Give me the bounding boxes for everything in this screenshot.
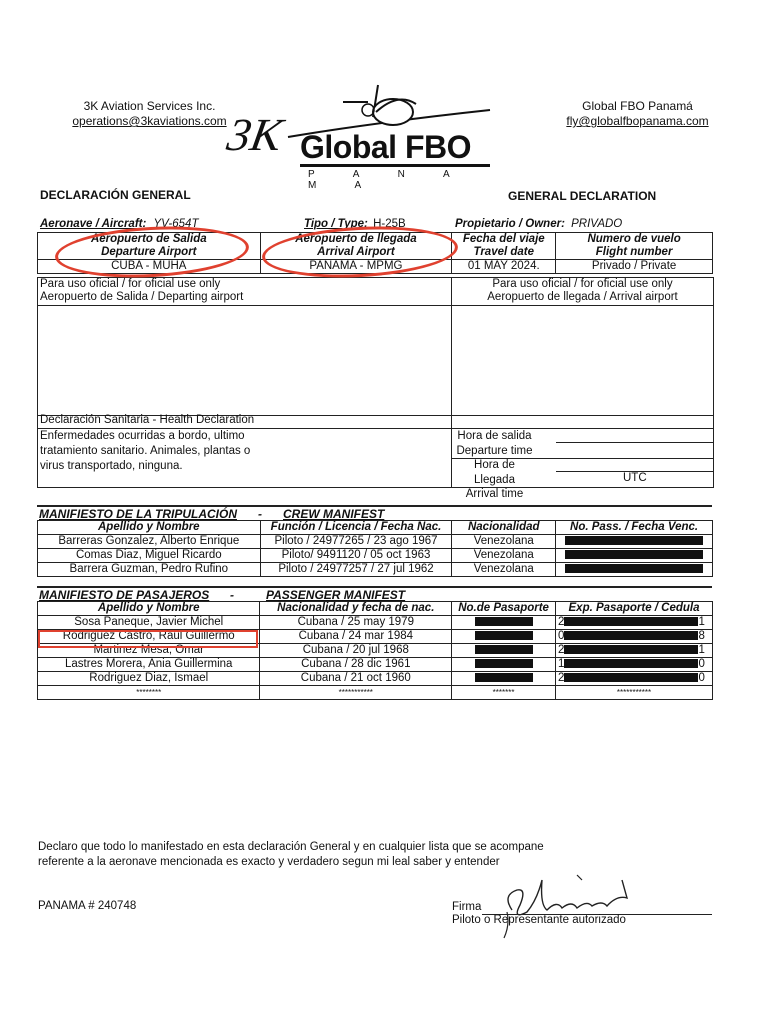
crew-col-passport: No. Pass. / Fecha Venc. [556, 521, 713, 535]
date-label-en: Travel date [452, 246, 556, 260]
passenger-row: Rodriguez Diaz, Ismael Cubana / 21 oct 1… [38, 672, 713, 686]
crew-role: Piloto / 24977265 / 23 ago 1967 [260, 535, 452, 549]
date-value: 01 MAY 2024. [452, 260, 556, 274]
signature-scribble-icon [482, 870, 642, 940]
official-use-left: Para uso oficial / for oficial use only … [40, 278, 243, 304]
crew-nationality: Venezolana [452, 535, 556, 549]
passenger-col-expiry: Exp. Pasaporte / Cedula [556, 602, 713, 616]
flight-label-en: Flight number [556, 246, 713, 260]
declaration-line2: referente a la aeronave mencionada es ex… [38, 855, 544, 870]
filler-stars: *********** [556, 686, 713, 700]
passenger-passport-redacted [452, 672, 556, 686]
left-company-email[interactable]: operations@3kaviations.com [62, 114, 237, 129]
crew-row: Comas Diaz, Miguel Ricardo Piloto/ 94911… [38, 549, 713, 563]
right-company-name: Global FBO Panamá [555, 99, 720, 114]
official-use-right: Para uso oficial / for oficial use only … [452, 278, 713, 304]
departure-time-field[interactable] [556, 442, 713, 443]
passenger-title-sep: - [230, 588, 234, 602]
owner-field: Propietario / Owner: PRIVADO [455, 218, 622, 230]
logo-3k: 3K [224, 112, 286, 158]
crew-nationality: Venezolana [452, 549, 556, 563]
passenger-filler-row: ******** *********** ******* *********** [38, 686, 713, 700]
signature-label: Firma [452, 901, 481, 913]
crew-table: Apellido y Nombre Función / Licencia / F… [37, 520, 713, 577]
arrival-time-label-es: Hora de Llegada [452, 458, 537, 487]
passenger-col-passport: No.de Pasaporte [452, 602, 556, 616]
official-use-left-line2: Aeropuerto de Salida / Departing airport [40, 291, 243, 304]
passenger-name: Sosa Paneque, Javier Michel [38, 616, 260, 630]
health-text-line1: Enfermedades ocurridas a bordo, ultimo [40, 429, 250, 444]
crew-role: Piloto/ 9491120 / 05 oct 1963 [260, 549, 452, 563]
official-use-left-line1: Para uso oficial / for oficial use only [40, 278, 243, 291]
passenger-name: Lastres Morera, Ania Guillermina [38, 658, 260, 672]
flight-label-es: Numero de vuelo [556, 233, 713, 247]
passenger-name: Rodriguez Diaz, Ismael [38, 672, 260, 686]
crew-passport-redacted [556, 535, 713, 549]
crew-col-name: Apellido y Nombre [38, 521, 261, 535]
official-use-right-line1: Para uso oficial / for oficial use only [452, 278, 713, 291]
passenger-expiry: 08 [556, 630, 713, 644]
filler-stars: ******* [452, 686, 556, 700]
departure-time-label-en: Departure time [452, 444, 537, 459]
departure-time-label-es: Hora de salida [452, 429, 537, 444]
crew-header-row: Apellido y Nombre Función / Licencia / F… [38, 521, 713, 535]
left-company-block: 3K Aviation Services Inc. operations@3ka… [62, 99, 237, 129]
passenger-expiry: 21 [556, 644, 713, 658]
crew-title-sep: - [258, 507, 262, 521]
arrival-time-label-en: Arrival time [452, 487, 537, 502]
date-label-es: Fecha del viaje [452, 233, 556, 247]
crew-passport-redacted [556, 563, 713, 577]
health-text: Enfermedades ocurridas a bordo, ultimo t… [40, 429, 250, 474]
official-use-box: Para uso oficial / for oficial use only … [37, 277, 714, 416]
crew-row: Barreras Gonzalez, Alberto Enrique Pilot… [38, 535, 713, 549]
crew-name: Comas Diaz, Miguel Ricardo [38, 549, 261, 563]
passenger-passport-redacted [452, 658, 556, 672]
passenger-title-en: PASSENGER MANIFEST [266, 588, 405, 602]
passenger-row: Lastres Morera, Ania Guillermina Cubana … [38, 658, 713, 672]
highlighted-passenger-annotation [38, 630, 258, 648]
passenger-nat-dob: Cubana / 28 dic 1961 [260, 658, 452, 672]
left-company-name: 3K Aviation Services Inc. [62, 99, 237, 114]
crew-col-role: Función / Licencia / Fecha Nac. [260, 521, 452, 535]
owner-label: Propietario / Owner: [455, 218, 565, 230]
passenger-nat-dob: Cubana / 24 mar 1984 [260, 630, 452, 644]
owner-value: PRIVADO [571, 218, 622, 230]
expiry-last-char: 1 [698, 644, 704, 656]
crew-title-es: MANIFIESTO DE LA TRIPULACIÓN [39, 507, 237, 521]
expiry-last-char: 0 [698, 672, 704, 684]
health-text-line2: tratamiento sanitario. Animales, plantas… [40, 444, 250, 459]
crew-nationality: Venezolana [452, 563, 556, 577]
passenger-title-es: MANIFIESTO DE PASAJEROS [39, 588, 209, 602]
passenger-passport-redacted [452, 616, 556, 630]
passenger-nat-dob: Cubana / 25 may 1979 [260, 616, 452, 630]
official-use-right-line2: Aeropuerto de llegada / Arrival airport [452, 291, 713, 304]
passenger-row: Sosa Paneque, Javier Michel Cubana / 25 … [38, 616, 713, 630]
company-logo: 3K Global FBO P A N A M A [228, 82, 498, 182]
passenger-passport-redacted [452, 644, 556, 658]
health-text-line3: virus transportado, ninguna. [40, 459, 250, 474]
crew-col-nationality: Nacionalidad [452, 521, 556, 535]
title-english: GENERAL DECLARATION [508, 189, 656, 203]
right-company-email[interactable]: fly@globalfbopanama.com [555, 114, 720, 129]
logo-underline [300, 164, 490, 167]
logo-subtitle: P A N A M A [308, 169, 498, 191]
passenger-col-nat-dob: Nacionalidad y fecha de nac. [260, 602, 452, 616]
passenger-nat-dob: Cubana / 20 jul 1968 [260, 644, 452, 658]
time-labels: Hora de salida Departure time Hora de Ll… [452, 429, 537, 502]
passenger-passport-redacted [452, 630, 556, 644]
expiry-last-char: 1 [698, 616, 704, 628]
health-box: Declaración Sanitaria - Health Declarati… [37, 414, 714, 488]
right-company-block: Global FBO Panamá fly@globalfbopanama.co… [555, 99, 720, 129]
expiry-last-char: 0 [698, 658, 704, 670]
flight-value: Privado / Private [556, 260, 713, 274]
crew-passport-redacted [556, 549, 713, 563]
passenger-expiry: 21 [556, 616, 713, 630]
logo-text: Global FBO [300, 130, 471, 164]
reference-number: PANAMA # 240748 [38, 900, 136, 912]
passenger-col-name: Apellido y Nombre [38, 602, 260, 616]
expiry-last-char: 8 [698, 630, 704, 642]
filler-stars: ******** [38, 686, 260, 700]
passenger-expiry: 20 [556, 672, 713, 686]
crew-row: Barrera Guzman, Pedro Rufino Piloto / 24… [38, 563, 713, 577]
passenger-expiry: 10 [556, 658, 713, 672]
declaration-line1: Declaro que todo lo manifestado en esta … [38, 840, 544, 855]
time-separator [451, 458, 713, 459]
crew-name: Barreras Gonzalez, Alberto Enrique [38, 535, 261, 549]
title-spanish: DECLARACIÓN GENERAL [40, 188, 191, 202]
crew-name: Barrera Guzman, Pedro Rufino [38, 563, 261, 577]
crew-role: Piloto / 24977257 / 27 jul 1962 [260, 563, 452, 577]
health-title: Declaración Sanitaria - Health Declarati… [40, 414, 254, 426]
filler-stars: *********** [260, 686, 452, 700]
official-use-header-line [38, 305, 713, 306]
passenger-nat-dob: Cubana / 21 oct 1960 [260, 672, 452, 686]
passenger-header-row: Apellido y Nombre Nacionalidad y fecha d… [38, 602, 713, 616]
crew-title-en: CREW MANIFEST [283, 507, 384, 521]
declaration-statement: Declaro que todo lo manifestado en esta … [38, 840, 544, 870]
timezone-label: UTC [623, 472, 647, 484]
passenger-table: Apellido y Nombre Nacionalidad y fecha d… [37, 601, 713, 700]
